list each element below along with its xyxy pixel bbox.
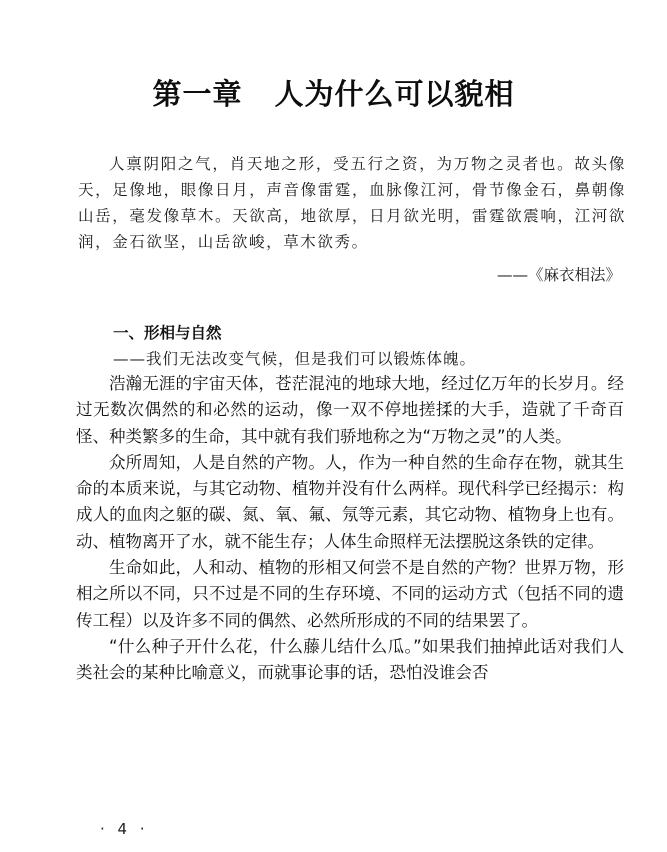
- section-subtitle: ——我们无法改变气候，但是我们可以锻炼体魄。: [113, 347, 476, 369]
- paragraph: 生命如此，人和动、植物的形相又何尝不是自然的产物？世界万物，形相之所以不同，只不…: [76, 555, 624, 634]
- paragraph: 众所周知，人是自然的产物。人，作为一种自然的生命存在物，就其生命的本质来说，与其…: [76, 450, 624, 555]
- section-title: 一、形相与自然: [113, 321, 222, 343]
- page-number: · 4 ·: [100, 820, 149, 838]
- chapter-number: 第一章: [152, 77, 242, 111]
- epigraph-source: ——《麻衣相法》: [497, 263, 621, 285]
- epigraph-text: 人禀阴阳之气，肖天地之形，受五行之资，为万物之灵者也。故头像天，足像地，眼像日月…: [78, 151, 626, 255]
- book-page: 第一章人为什么可以貌相 人禀阴阳之气，肖天地之形，受五行之资，为万物之灵者也。故…: [0, 0, 667, 852]
- chapter-heading: 人为什么可以貌相: [275, 77, 515, 111]
- epigraph: 人禀阴阳之气，肖天地之形，受五行之资，为万物之灵者也。故头像天，足像地，眼像日月…: [78, 151, 626, 255]
- body-text: 浩瀚无涯的宇宙天体，苍茫混沌的地球大地，经过亿万年的长岁月。经过无数次偶然的和必…: [76, 371, 624, 687]
- chapter-title: 第一章人为什么可以貌相: [0, 72, 667, 113]
- paragraph: “什么种子开什么花，什么藤儿结什么瓜。”如果我们抽掉此话对我们人类社会的某种比喻…: [76, 634, 624, 687]
- paragraph: 浩瀚无涯的宇宙天体，苍茫混沌的地球大地，经过亿万年的长岁月。经过无数次偶然的和必…: [76, 371, 624, 450]
